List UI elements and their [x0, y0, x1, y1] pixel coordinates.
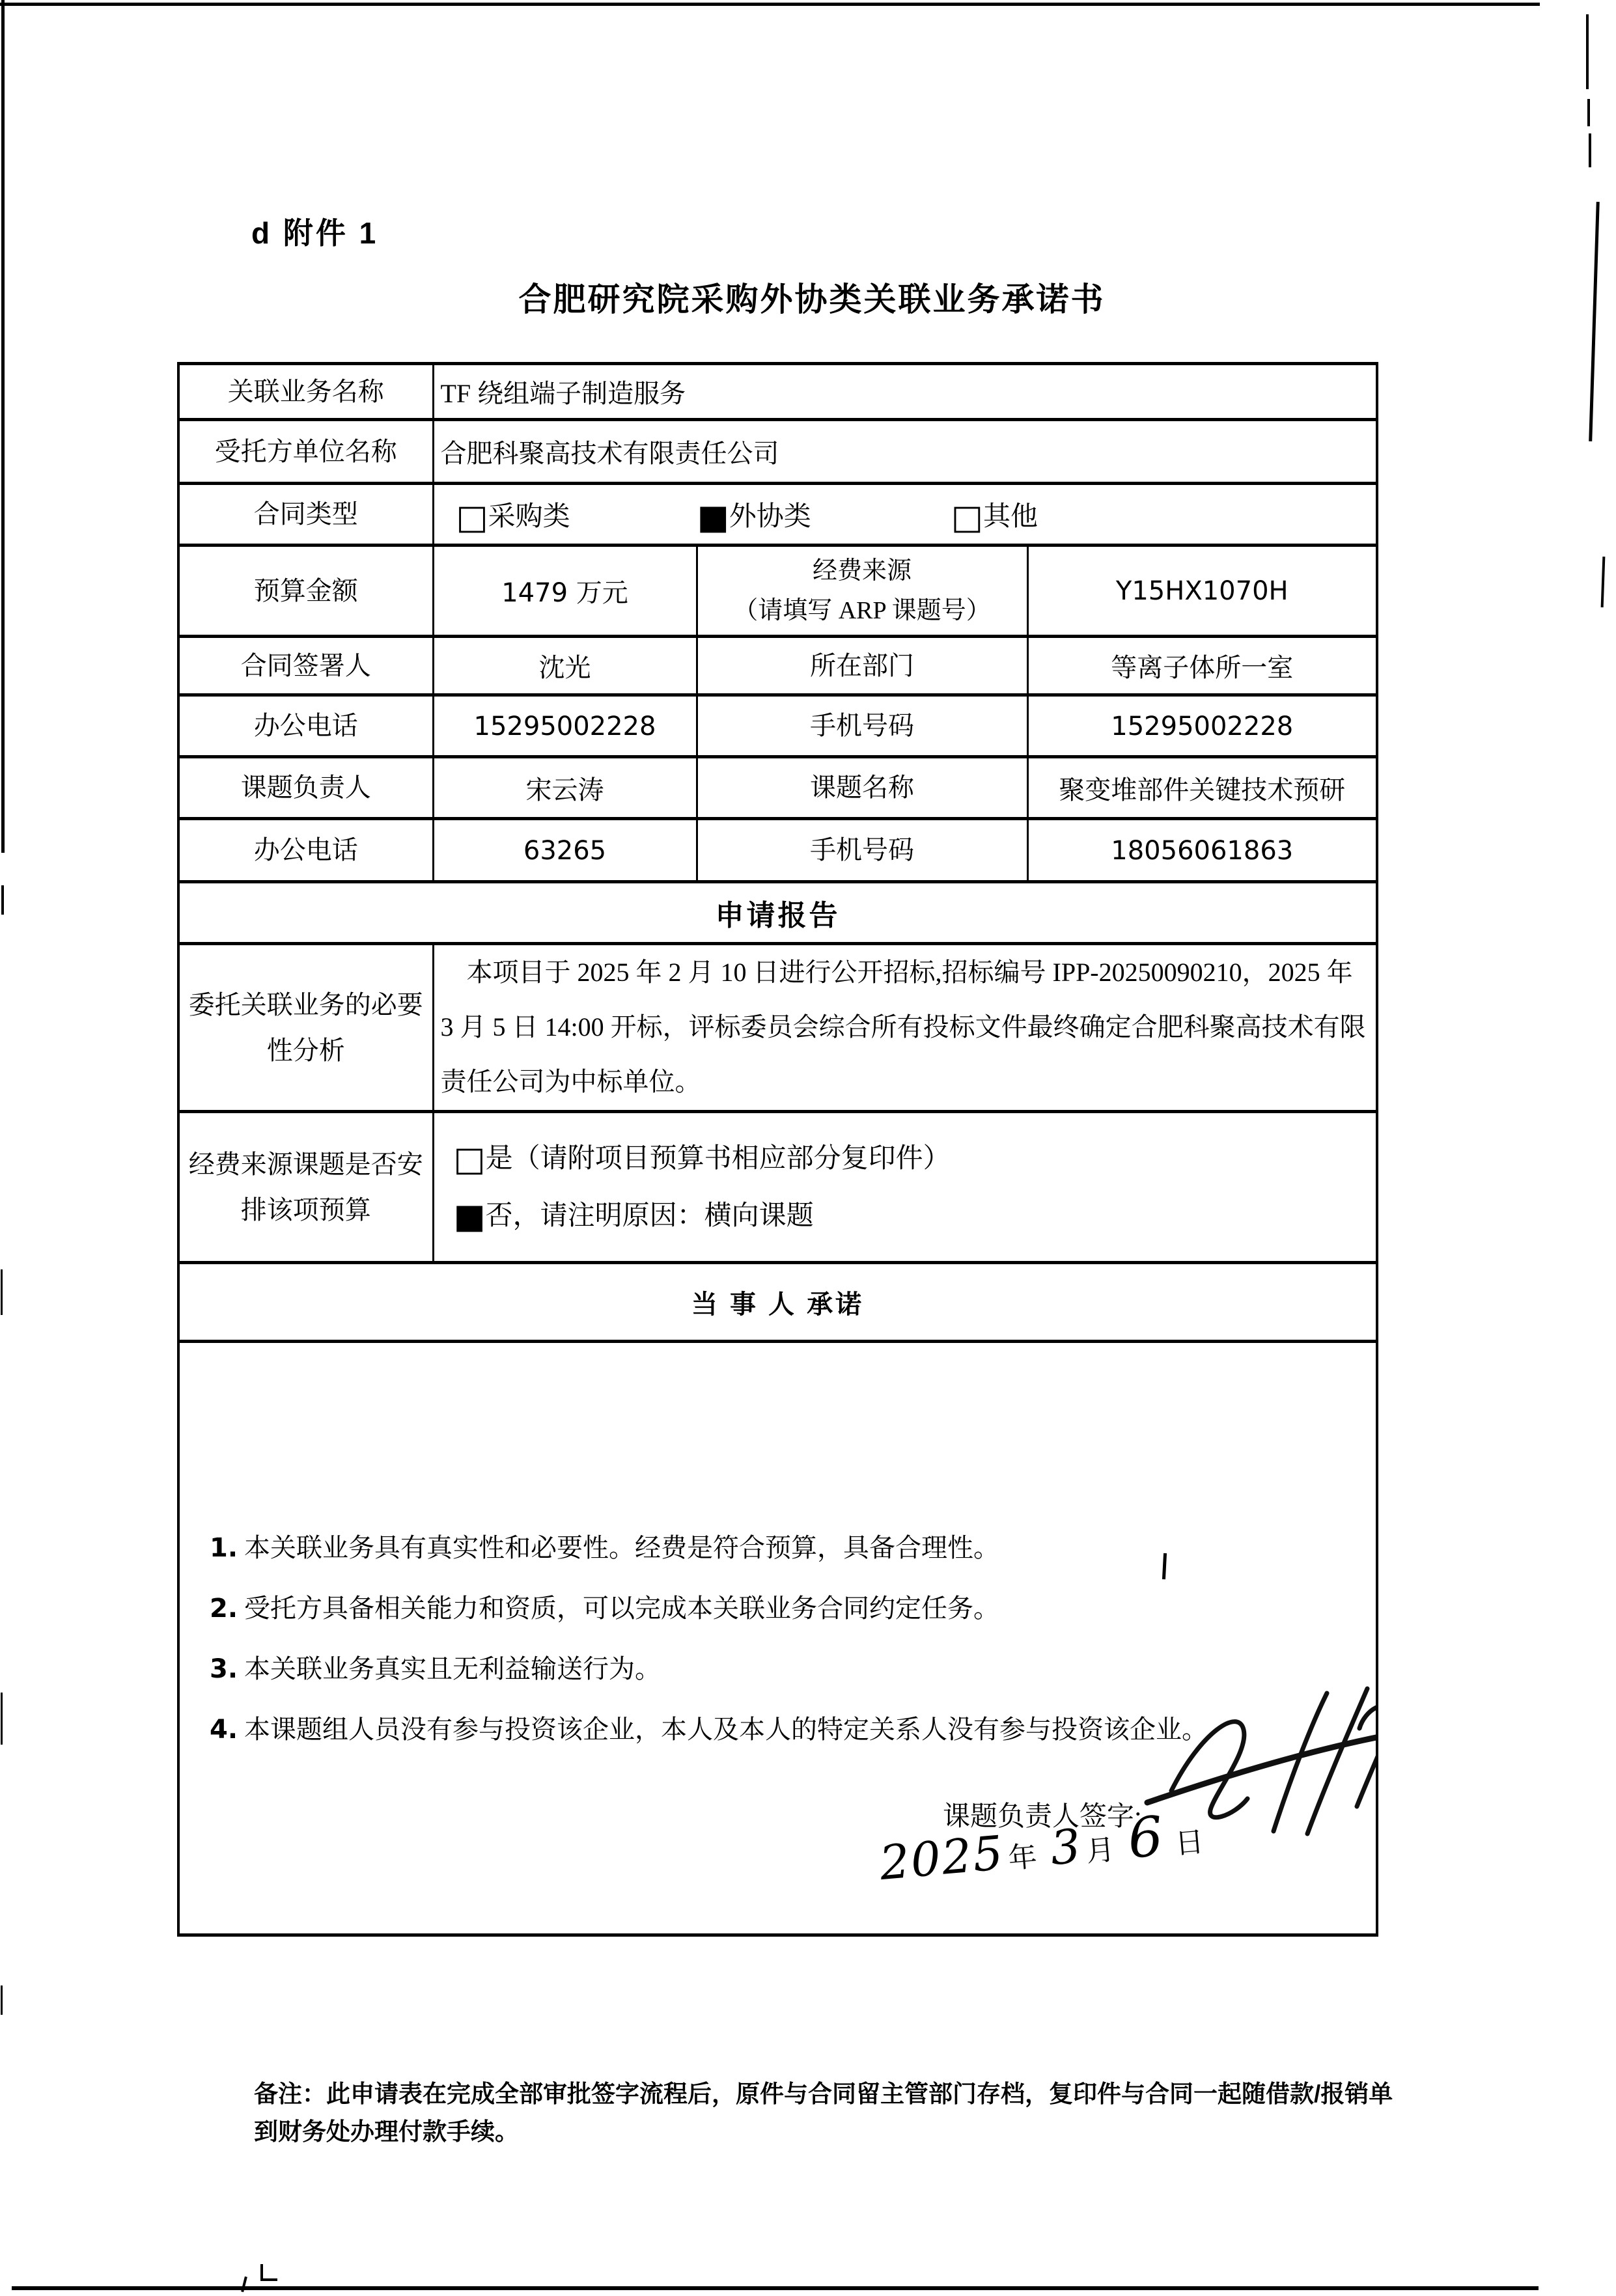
mobile-number: 15295002228 [1111, 712, 1293, 741]
pi-mobile-label: 手机号码 [697, 819, 1027, 882]
option-label: 其他 [983, 502, 1038, 532]
budget-amount: 1479 万元 [501, 578, 628, 608]
checkbox-unchecked-icon: □ [951, 498, 983, 537]
option-label: 采购类 [488, 502, 570, 532]
row-business-name: 关联业务名称 TF 绕组端子制造服务 [178, 364, 1377, 420]
scan-artifact-topright-dash-3 [1589, 133, 1591, 167]
application-report-header: 申请报告 [178, 882, 1377, 944]
row-contract-type: 合同类型 □采购类 ■外协类 □其他 [178, 484, 1377, 546]
mobile-value: 15295002228 [1027, 695, 1377, 757]
date-month: 3 [1048, 1818, 1084, 1875]
scan-artifact-left-line [1, 0, 5, 853]
yes-option-text: 是（请附项目预算书相应部分复印件） [486, 1144, 951, 1174]
budget-arranged-yes: □是（请附项目预算书相应部分复印件） [434, 1130, 1376, 1187]
budget-value: 1479 万元 [433, 546, 697, 637]
necessity-label: 委托关联业务的必要性分析 [178, 944, 433, 1112]
option-label: 外协类 [729, 502, 811, 532]
signer-label: 合同签署人 [178, 637, 433, 695]
pi-value: 宋云涛 [433, 757, 697, 819]
contract-type-options: □采购类 ■外协类 □其他 [433, 484, 1377, 546]
row-pi-phone: 办公电话 63265 手机号码 18056061863 [178, 819, 1377, 882]
scan-artifact-topright-dash-2 [1587, 99, 1590, 126]
item-number: 4. [210, 1715, 238, 1745]
item-number: 2. [210, 1594, 238, 1624]
funding-source-label: 经费来源 （请填写 ARP 课题号） [697, 546, 1027, 637]
funding-source-label-line2: （请填写 ARP 课题号） [704, 591, 1020, 631]
row-application-report-header: 申请报告 [178, 882, 1377, 944]
business-name-label: 关联业务名称 [178, 364, 433, 420]
scan-artifact-top-line [0, 3, 1540, 6]
checkbox-checked-icon: ■ [697, 498, 729, 537]
row-signer: 合同签署人 沈光 所在部门 等离子体所一室 [178, 637, 1377, 695]
page-title: 合肥研究院采购外协类关联业务承诺书 [177, 273, 1447, 320]
arp-project-number: Y15HX1070H [1116, 576, 1289, 606]
item-number: 1. [210, 1533, 238, 1563]
date-year-unit: 年 [1007, 1840, 1038, 1875]
business-name-value: TF 绕组端子制造服务 [433, 364, 1377, 420]
handwritten-date: 2025年 3月 6 日 [877, 1800, 1214, 1892]
contract-type-label: 合同类型 [178, 484, 433, 546]
signer-value: 沈光 [433, 637, 697, 695]
budget-label: 预算金额 [178, 546, 433, 637]
item-text: 本关联业务真实且无利益输送行为。 [244, 1654, 661, 1683]
row-signer-phone: 办公电话 15295002228 手机号码 15295002228 [178, 695, 1377, 757]
mobile-label: 手机号码 [697, 695, 1027, 757]
row-budget-arranged: 经费来源课题是否安排该项预算 □是（请附项目预算书相应部分复印件） ■否，请注明… [178, 1112, 1377, 1263]
trustee-value: 合肥科聚高技术有限责任公司 [433, 420, 1377, 484]
pi-office-phone-number: 63265 [523, 836, 606, 866]
row-budget: 预算金额 1479 万元 经费来源 （请填写 ARP 课题号） Y15HX107… [178, 546, 1377, 637]
pi-mobile-value: 18056061863 [1027, 819, 1377, 882]
attachment-label: d 附件 1 [251, 210, 378, 253]
scan-artifact-left-dash-2 [1, 1269, 3, 1315]
department-label: 所在部门 [697, 637, 1027, 695]
date-day-unit: 日 [1174, 1826, 1205, 1860]
scan-artifact-right-stroke [1589, 202, 1600, 441]
item-text: 本关联业务具有真实性和必要性。经费是符合预算，具备合理性。 [244, 1533, 999, 1562]
trustee-label: 受托方单位名称 [178, 420, 433, 484]
commitment-item-2: 2. 受托方具备相关能力和资质，可以完成本关联业务合同约定任务。 [210, 1589, 1350, 1628]
row-trustee: 受托方单位名称 合肥科聚高技术有限责任公司 [178, 420, 1377, 484]
scan-artifact-left-dash-4 [1, 1985, 3, 2015]
item-number: 3. [210, 1654, 238, 1684]
checkbox-checked-icon: ■ [454, 1197, 486, 1236]
commitment-item-1: 1. 本关联业务具有真实性和必要性。经费是符合预算，具备合理性。 [210, 1528, 1350, 1568]
item-text: 本课题组人员没有参与投资该企业，本人及本人的特定关系人没有参与投资该企业。 [244, 1715, 1208, 1744]
date-month-unit: 月 [1085, 1834, 1116, 1868]
scan-artifact-left-dash-1 [1, 885, 4, 915]
date-year: 2025 [878, 1825, 1007, 1890]
date-day: 6 [1125, 1804, 1167, 1870]
pi-label: 课题负责人 [178, 757, 433, 819]
project-name-label: 课题名称 [697, 757, 1027, 819]
budget-arranged-options: □是（请附项目预算书相应部分复印件） ■否，请注明原因：横向课题 [433, 1112, 1377, 1263]
project-name-value: 聚变堆部件关键技术预研 [1027, 757, 1377, 819]
row-commitment-header: 当 事 人 承诺 [178, 1263, 1377, 1342]
office-phone-label: 办公电话 [178, 695, 433, 757]
commitments-cell: 1. 本关联业务具有真实性和必要性。经费是符合预算，具备合理性。 2. 受托方具… [178, 1342, 1377, 1935]
commitment-header: 当 事 人 承诺 [178, 1263, 1377, 1342]
scan-artifact-topright-dash-1 [1586, 14, 1589, 89]
row-commitments: 1. 本关联业务具有真实性和必要性。经费是符合预算，具备合理性。 2. 受托方具… [178, 1342, 1377, 1935]
form-table: 关联业务名称 TF 绕组端子制造服务 受托方单位名称 合肥科聚高技术有限责任公司… [177, 362, 1378, 1937]
pi-office-phone-value: 63265 [433, 819, 697, 882]
necessity-text: 本项目于 2025 年 2 月 10 日进行公开招标,招标编号 IPP-2025… [433, 944, 1377, 1112]
budget-arranged-no: ■否，请注明原因：横向课题 [434, 1187, 1376, 1245]
row-pi: 课题负责人 宋云涛 课题名称 聚变堆部件关键技术预研 [178, 757, 1377, 819]
pi-mobile-number: 18056061863 [1111, 836, 1293, 866]
funding-source-value: Y15HX1070H [1027, 546, 1377, 637]
contract-type-option-purchase: □采购类 [456, 495, 570, 534]
contract-type-option-other: □其他 [951, 495, 1038, 534]
row-necessity: 委托关联业务的必要性分析 本项目于 2025 年 2 月 10 日进行公开招标,… [178, 944, 1377, 1112]
department-value: 等离子体所一室 [1027, 637, 1377, 695]
item-text: 受托方具备相关能力和资质，可以完成本关联业务合同约定任务。 [244, 1594, 999, 1623]
budget-arranged-label: 经费来源课题是否安排该项预算 [178, 1112, 433, 1263]
pi-office-phone-label: 办公电话 [178, 819, 433, 882]
scan-artifact-left-dash-3 [1, 1693, 3, 1745]
scanned-document-page: d 附件 1 合肥研究院采购外协类关联业务承诺书 关联业务名称 TF 绕组端子制… [0, 0, 1616, 2296]
footer-note: 备注：此申请表在完成全部审批签字流程后，原件与合同留主管部门存档，复印件与合同一… [254, 2075, 1410, 2151]
scan-artifact-bottomleft-mark-h [260, 2278, 277, 2281]
office-phone-value: 15295002228 [433, 695, 697, 757]
scan-artifact-right-dash [1601, 557, 1606, 607]
contract-type-option-outsourcing: ■外协类 [697, 495, 811, 534]
checkbox-unchecked-icon: □ [456, 498, 488, 537]
funding-source-label-line1: 经费来源 [704, 551, 1020, 591]
checkbox-unchecked-icon: □ [454, 1140, 486, 1179]
office-phone-number: 15295002228 [474, 712, 656, 741]
no-option-text: 否，请注明原因：横向课题 [486, 1201, 814, 1231]
